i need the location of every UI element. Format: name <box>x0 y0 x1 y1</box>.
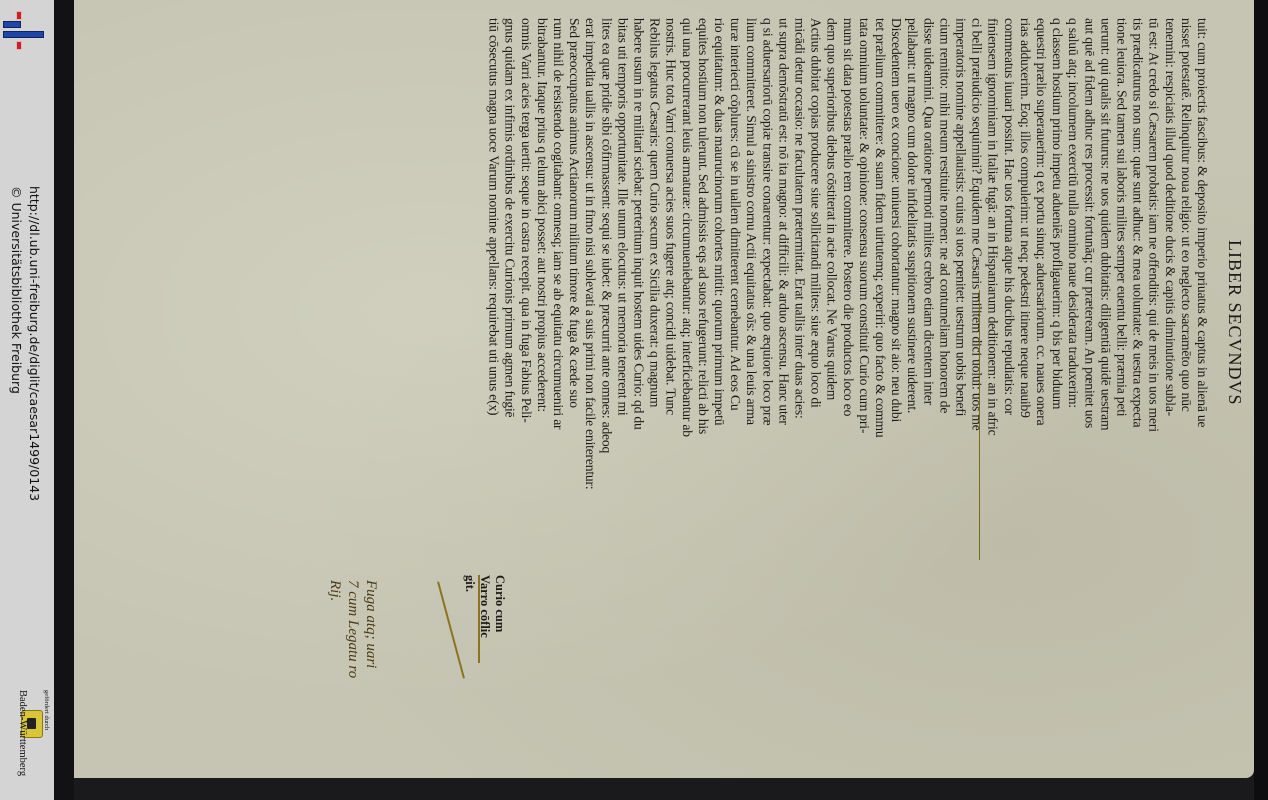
funded-by-label: gefördert durch <box>43 690 50 730</box>
text-line: commeatus iuuari possint. Hac uos fortun… <box>1001 18 1018 568</box>
underline-mark <box>437 581 465 678</box>
text-line: Rebilus legatus Cæsaris: quem Curio secu… <box>647 18 664 568</box>
text-line: nisset potestatē. Relinquitur noua relig… <box>1178 18 1195 568</box>
document-url[interactable]: http://dl.ub.uni-freiburg.de/diglit/caes… <box>27 186 42 501</box>
text-line: q classem hostium primo impetu adueniēs … <box>1049 18 1066 568</box>
text-line: micādi detur occasio: ne facultatem præt… <box>792 18 809 568</box>
text-line: bitrabantur. Itaque prius q telum abici … <box>534 18 551 568</box>
text-line: tuit: cum proiectis fascibus: & deposito… <box>1194 18 1211 568</box>
scanned-page: LIBER SECVNDVS tuit: cum proiectis fasci… <box>74 0 1254 778</box>
text-line: rio equitatum: & duas maurucinorum cohor… <box>711 18 728 568</box>
marginal-line: git. <box>463 575 477 592</box>
text-line: tiū cōsecutus magna uoce Varum nomine ap… <box>486 18 503 568</box>
printed-marginal-note: Curio cum Varro cōflic git. <box>462 575 507 638</box>
text-line: tis prædicaturus non sum: quæ sunt adhuc… <box>1130 18 1147 568</box>
text-line: disse uideamini. Qua oratione permoti mi… <box>920 18 937 568</box>
text-line: Discedentem uero ex concione: uniuersi c… <box>888 18 905 568</box>
text-line: tenemini: respiciatis illud quod deditio… <box>1162 18 1179 568</box>
text-line: turæ interiecti cōplures: cū se in ualle… <box>727 18 744 568</box>
text-line: finiensem ignominiam in Italiæ fugā: an … <box>985 18 1002 568</box>
text-line: imperatoris nomine appellauistis: cuius … <box>953 18 970 568</box>
text-line: tet prælium committere: & suam fidem uir… <box>872 18 889 568</box>
text-line: cium remitto: mihi meum restituite nomen… <box>936 18 953 568</box>
funder-name: Baden-Württemberg <box>17 690 28 776</box>
text-line: bitas uti temporis opportunitate. Ille u… <box>614 18 631 568</box>
scan-border-left <box>54 0 74 800</box>
text-line: pellabant: ut magno cum dolore infidelit… <box>904 18 921 568</box>
text-line: rias adduxerim. Eoq; illos compulerim: u… <box>1017 18 1034 568</box>
handwritten-line: Rij. <box>327 580 343 601</box>
text-line: tata omnium uoluntate: & opinione: conse… <box>856 18 873 568</box>
text-line: omnis Varri acies terga uertit: seque in… <box>518 18 535 568</box>
text-line: equestri prælio superauerim: q ex portu … <box>1033 18 1050 568</box>
text-line: equites hostium non tulerunt. Sed admiss… <box>695 18 712 568</box>
text-line: uerunt: qui qualis sit futurus: ne uos q… <box>1097 18 1114 568</box>
handwritten-annotation: Fuga atq; uari 7 cum Legatu ro Rij. <box>326 580 380 678</box>
handwritten-line: 7 cum Legatu ro <box>345 580 361 678</box>
text-block: tuit: cum proiectis fascibus: & deposito… <box>234 18 1174 568</box>
text-line: lites ea quæ pridie sibi cōfirmassent: s… <box>598 18 615 568</box>
text-line: qui una procurrerant leuis armaturæ: cir… <box>679 18 696 568</box>
text-line: Actius dubitat copias producere siue sol… <box>808 18 825 568</box>
text-line: ut supra demōstratū est: nō ita magno: a… <box>775 18 792 568</box>
marginal-line: Curio cum <box>493 575 507 632</box>
ub-freiburg-logo[interactable] <box>0 0 54 60</box>
text-line: tione leuiora. Sed tamen sui laboris mil… <box>1114 18 1131 568</box>
underline-mark <box>979 290 980 560</box>
text-line: aut quē ad fidem adhuc res processit: fo… <box>1081 18 1098 568</box>
marginal-line: Varro cōflic <box>478 575 492 638</box>
scan-border-right <box>1254 0 1268 800</box>
viewer-sidebar: http://dl.ub.uni-freiburg.de/diglit/caes… <box>0 0 54 800</box>
text-line: tū est: At credo si Cæsarem probatis: ia… <box>1146 18 1163 568</box>
text-line: habere usum in re militari sciebat: pert… <box>631 18 648 568</box>
text-line: lium committeret. Simul a sinistro cornu… <box>743 18 760 568</box>
handwritten-line: Fuga atq; uari <box>363 580 379 668</box>
text-line: Sed præoccupatus animus Actianorum milit… <box>566 18 583 568</box>
text-line: q si aduersariorū copiæ transire conaren… <box>759 18 776 568</box>
copyright-notice: © Universitätsbibliothek Freiburg <box>9 186 24 394</box>
text-line: ci belli præiudicio sequimini? Equidem m… <box>969 18 986 568</box>
running-head: LIBER SECVNDVS <box>1224 240 1245 406</box>
text-line: erat impedita uallis in ascensu: ut in f… <box>582 18 599 568</box>
text-line: dem quo superioribus diebus cōstiterat i… <box>824 18 841 568</box>
text-line: nostris. Huc tota Varri conuersa acies s… <box>663 18 680 568</box>
text-line: mum sit data potestas prælio rem committ… <box>840 18 857 568</box>
text-line: q saluū atq; incolumem exercitū nulla om… <box>1065 18 1082 568</box>
text-line: rum nihil de resistendo cogitabant: omne… <box>550 18 567 568</box>
underline-mark <box>478 575 480 663</box>
text-line: gnus quidam ex infimis ordinibus de exer… <box>502 18 519 568</box>
